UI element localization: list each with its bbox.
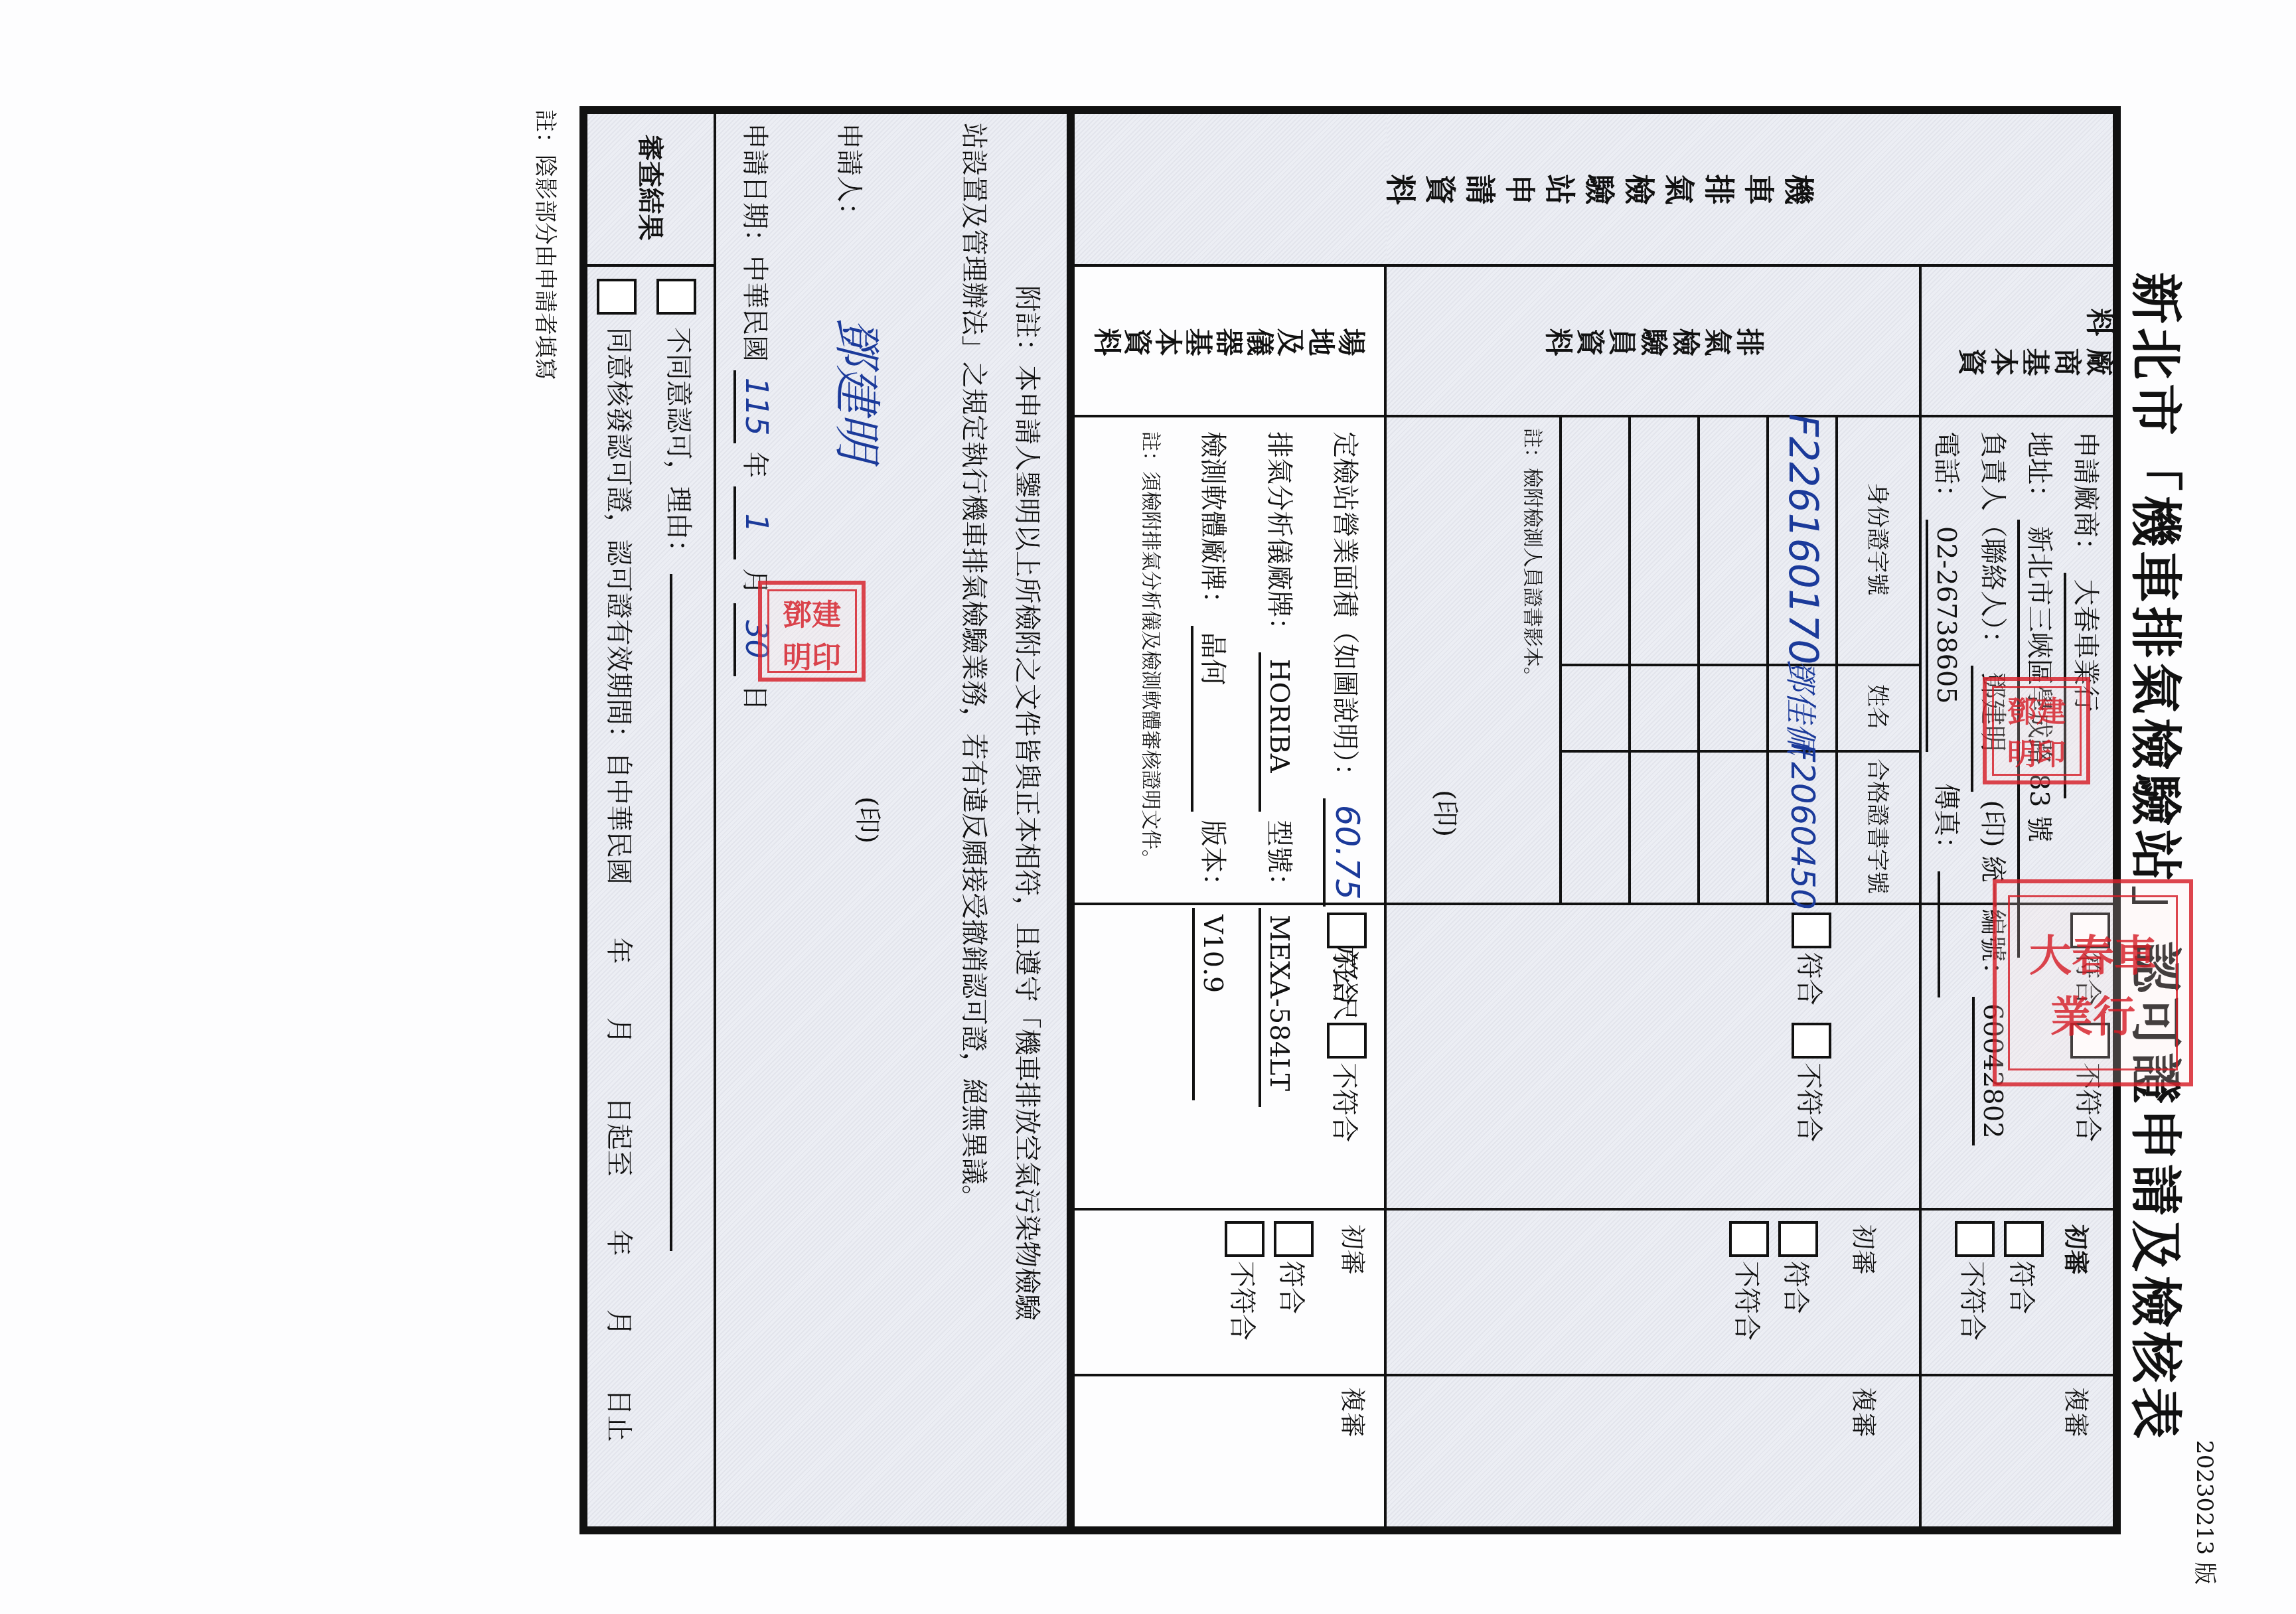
applicant-label: 申請廠商： [2070,431,2101,564]
owner-seal: 鄧建明印 [1983,677,2090,784]
site-initial-fail-checkbox[interactable] [1327,1023,1367,1059]
vendor-section-label: 廠商基本資料 [1924,269,2114,411]
site-second-fail-checkbox[interactable] [1225,1221,1264,1257]
vendor-review-initial: 初審 [2060,1224,2097,1275]
date-year-input[interactable]: 115 [733,370,775,443]
footnote: 註：陰影部分由申請者填寫 [531,110,564,380]
applicant-signature[interactable]: 鄧建明 [829,317,885,461]
inspector-1-id[interactable]: F226160170 [1772,418,1835,660]
inspector-note: 註：檢附檢測人員證書影本。 [1520,428,1549,687]
declaration-applicant-label: 申請人： [834,123,864,229]
version-label: 版本： [1197,820,1228,899]
vendor-second-pass-checkbox[interactable] [2004,1221,2044,1257]
inspector-second-fail-checkbox[interactable] [1729,1221,1769,1257]
inspector-initial-options: 符合 不符合 [1792,913,1831,1205]
site-second-header: 複審 [1337,1387,1373,1437]
col-header-id: 身份證字號 [1841,418,1918,660]
inspector-section-label: 排氣檢驗員資料 [1391,269,1915,411]
reject-reason-input[interactable] [670,574,675,1251]
area-label: 定檢站營業面積（如圖說明）： [1330,431,1360,790]
second-review-header: 複審 [2060,1387,2097,1437]
site-section-label: 場地及儀器基本資料 [1078,269,1380,411]
analyzer-brand-input[interactable]: HORIBA [1259,652,1294,812]
site-initial-header: 初審 [1337,1224,1373,1275]
site-second-pass-checkbox[interactable] [1274,1221,1314,1257]
inspector-initial-header: 初審 [1848,1224,1884,1275]
fax-field: 傳真： [1930,783,1967,997]
site-initial-pass-checkbox[interactable] [1327,913,1367,948]
inspector-initial-fail-checkbox[interactable] [1792,1023,1831,1059]
fax-input[interactable] [1938,871,1943,997]
inspector-1-cert[interactable]: F2060450 [1772,753,1835,899]
date-label: 申請日期：中華民國 [739,123,770,362]
inspector-second-pass-checkbox[interactable] [1778,1221,1818,1257]
col-header-name: 姓名 [1841,667,1918,747]
phone-input[interactable]: 02-26738605 [1926,520,1961,752]
declaration-line-1: 附註：本申請人鑒明以上所檢附之文件皆與正本相符，且遵守「機車排放空氣污染物檢驗 [1010,285,1048,1321]
site-initial-options: 符合 不符合 [1327,913,1367,1205]
software-brand-label: 檢測軟體廠牌： [1197,431,1228,617]
date-month-input[interactable]: 1 [733,486,775,559]
approve-checkbox[interactable] [597,279,637,315]
phone-label: 電話： [1931,431,1961,511]
side-label: 機車排氣檢驗站申請資料 [1081,116,2110,259]
col-header-cert: 合格證書字號 [1841,753,1918,899]
software-brand-input[interactable]: 晶何 [1191,626,1234,812]
analyzer-field: 排氣分析儀廠牌： HORIBA 型號： MEXA-584LT [1259,431,1300,1107]
declaration-line-2: 站設置及管理辦法」之規定執行機車排氣檢驗業務，若有違反願接受撤銷認可證，絕無異議… [957,123,995,1211]
applicant-seal-mark: (印) [1428,790,1466,837]
inspector-initial-pass-checkbox[interactable] [1792,913,1831,948]
declaration-seal-mark: (印) [851,796,889,844]
owner-label: 負責人（聯絡人）： [1977,431,2008,657]
address-label: 地址： [2024,431,2054,511]
inspector-second-options: 符合 不符合 [1729,1221,1818,1367]
inspector-second-header: 複審 [1848,1387,1884,1437]
fax-label: 傳真： [1931,783,1961,863]
application-form-page: 20230213 版 新北市「機車排氣檢驗站」認可證申請及檢核表 機車排氣檢驗站… [0,0,2296,1614]
area-input[interactable]: 60.75 [1323,798,1367,907]
reject-checkbox[interactable] [656,279,696,315]
phone-field: 電話： 02-26738605 [1926,431,1967,752]
version-input[interactable]: V10.9 [1192,908,1228,1100]
vendor-second-options: 符合 不符合 [1955,1221,2044,1367]
reject-option: 不同意認可，理由： [656,279,700,1251]
inspector-1-name[interactable]: 鄧佳佩 [1772,667,1835,747]
model-label: 型號： [1264,820,1294,899]
page-title: 新北市「機車排氣檢驗站」認可證申請及檢核表 [2122,272,2196,1443]
company-seal: 大春車業行 [1993,879,2193,1086]
model-input[interactable]: MEXA-584LT [1259,908,1294,1107]
approve-option: 同意核發認可證，認可證有效期間：自中華民國 年 月 日起至 年 月 日止 [597,279,640,1442]
owner-seal-mark: (印) [1977,800,2008,847]
result-label: 審查結果 [590,116,710,259]
vendor-second-fail-checkbox[interactable] [1955,1221,1995,1257]
version-tag: 20230213 版 [2190,1440,2223,1585]
applicant-seal: 鄧建明印 [758,581,866,682]
analyzer-brand-label: 排氣分析儀廠牌： [1264,431,1294,644]
site-second-options: 符合 不符合 [1225,1221,1314,1367]
software-field: 檢測軟體廠牌： 晶何 版本： V10.9 [1191,431,1234,1100]
initial-review-header: 初審 [2060,1224,2097,1275]
applicant-signature-field: 申請人： 鄧建明 [826,123,895,461]
site-note: 註：須檢附排氣分析儀及檢測軟體審核證明文件。 [1138,431,1168,869]
